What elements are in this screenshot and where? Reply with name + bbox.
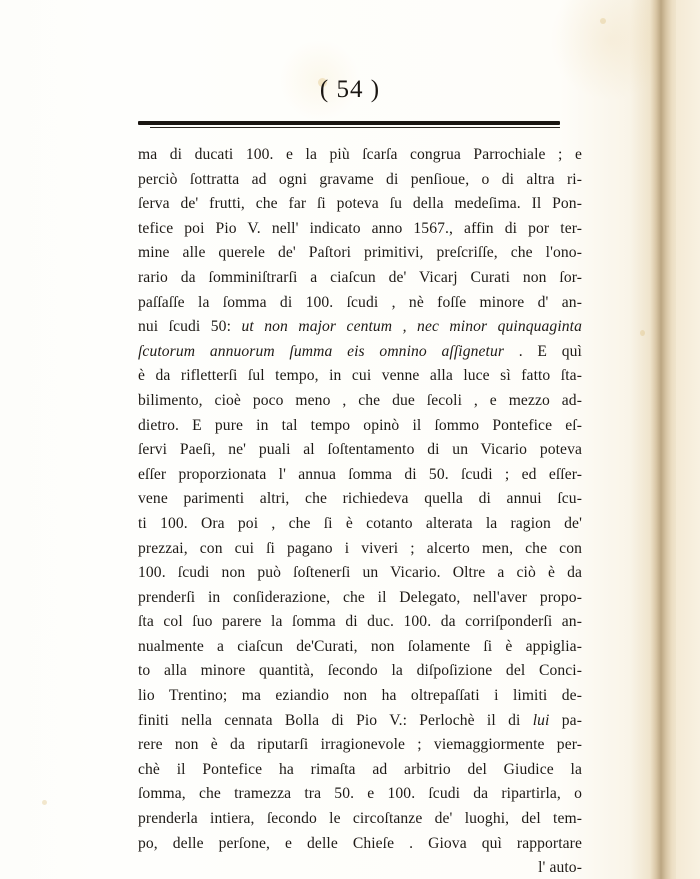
page-number: ( 54 )	[0, 76, 700, 104]
text-segment: chè il Pontefice ha rimaſta ad arbitrio …	[138, 761, 582, 778]
text-segment: . E quì	[504, 343, 582, 360]
text-segment: 100. ſcudi non può ſoſtenerſi un Vicario…	[138, 564, 582, 581]
text-line: ma di ducati 100. e la più ſcarſa congru…	[138, 143, 582, 168]
italic-text-segment: ſcutorum annuorum ſumma eis omnino aſſig…	[138, 343, 504, 360]
header-rule-thin	[150, 127, 560, 128]
text-segment: prezzai, con cui ſi pagano i viveri ; al…	[138, 540, 582, 557]
text-line: lio Trentino; ma eziandio non ha oltrepa…	[138, 684, 582, 709]
text-line: ſta col ſuo parere la ſomma di duc. 100.…	[138, 610, 582, 635]
book-page: ( 54 ) ma di ducati 100. e la più ſcarſa…	[0, 0, 700, 879]
text-line: perciò ſottratta ad ogni gravame di penſ…	[138, 168, 582, 193]
text-line: 100. ſcudi non può ſoſtenerſi un Vicario…	[138, 561, 582, 586]
text-line: to alla minore quantità, ſecondo la diſp…	[138, 659, 582, 684]
text-segment: ma di ducati 100. e la più ſcarſa congru…	[138, 146, 582, 163]
facing-page-edge	[676, 0, 700, 879]
text-segment: rere non è da riputarſi irragionevole ; …	[138, 736, 582, 753]
text-line: ti 100. Ora poi , che ſi è cotanto alter…	[138, 512, 582, 537]
book-gutter	[650, 0, 676, 879]
text-segment: ſta col ſuo parere la ſomma di duc. 100.…	[138, 613, 582, 630]
text-line: ſerva de' frutti, che far ſi poteva ſu d…	[138, 192, 582, 217]
text-segment: rario da ſomminiſtrarſi a ciaſcun de' Vi…	[138, 269, 582, 286]
text-segment: è da rifletterſi ſul tempo, in cui venne…	[138, 367, 582, 384]
text-line: mine alle querele de' Paſtori primitivi,…	[138, 241, 582, 266]
text-segment: prenderſi in conſiderazione, che il Dele…	[138, 589, 582, 606]
text-segment: nualmente a ciaſcun de'Curati, non ſolam…	[138, 638, 582, 655]
text-segment: eſſer proporzionata l' annua ſomma di 50…	[138, 466, 582, 483]
text-line: nui ſcudi 50: ut non major centum , nec …	[138, 315, 582, 340]
text-line: rario da ſomminiſtrarſi a ciaſcun de' Vi…	[138, 266, 582, 291]
text-line: paſſaſſe la ſomma di 100. ſcudi , nè foſ…	[138, 291, 582, 316]
text-line: ſervi Paeſi, ne' puali al ſoſtentamento …	[138, 438, 582, 463]
text-line: prenderla intiera, ſecondo le circoſtanz…	[138, 807, 582, 832]
catchword: l' auto-	[138, 856, 582, 879]
text-segment: ſerva de' frutti, che far ſi poteva ſu d…	[138, 195, 582, 212]
text-segment: to alla minore quantità, ſecondo la diſp…	[138, 662, 582, 679]
text-line: vene parimenti altri, che richiedeva que…	[138, 487, 582, 512]
text-segment: finiti nella cennata Bolla di Pio V.: Pe…	[138, 712, 533, 729]
text-segment: perciò ſottratta ad ogni gravame di penſ…	[138, 171, 582, 188]
header-rule-thick	[138, 121, 560, 125]
text-segment: lio Trentino; ma eziandio non ha oltrepa…	[138, 687, 582, 704]
text-line: nualmente a ciaſcun de'Curati, non ſolam…	[138, 635, 582, 660]
body-text: ma di ducati 100. e la più ſcarſa congru…	[138, 143, 582, 879]
paper-stain	[640, 330, 645, 336]
italic-text-segment: lui	[533, 712, 550, 729]
text-segment: dietro. E pure in tal tempo opinò il ſom…	[138, 417, 582, 434]
text-line: po, delle perſone, e delle Chieſe . Giov…	[138, 832, 582, 857]
text-segment: ſomma, che tramezza tra 50. e 100. ſcudi…	[138, 785, 582, 802]
text-segment: tefice poi Pio V. nell' indicato anno 15…	[138, 220, 582, 237]
text-line: finiti nella cennata Bolla di Pio V.: Pe…	[138, 709, 582, 734]
text-line: tefice poi Pio V. nell' indicato anno 15…	[138, 217, 582, 242]
text-line: eſſer proporzionata l' annua ſomma di 50…	[138, 463, 582, 488]
text-line: prezzai, con cui ſi pagano i viveri ; al…	[138, 537, 582, 562]
text-segment: ſervi Paeſi, ne' puali al ſoſtentamento …	[138, 441, 582, 458]
italic-text-segment: ut non major centum , nec minor quinquag…	[241, 318, 582, 335]
text-segment: paſſaſſe la ſomma di 100. ſcudi , nè foſ…	[138, 294, 582, 311]
text-segment: bilimento, cioè poco meno , che due ſeco…	[138, 392, 582, 409]
text-segment: pa-	[549, 712, 582, 729]
text-line: bilimento, cioè poco meno , che due ſeco…	[138, 389, 582, 414]
text-segment: mine alle querele de' Paſtori primitivi,…	[138, 244, 582, 261]
text-segment: prenderla intiera, ſecondo le circoſtanz…	[138, 810, 582, 827]
text-segment: nui ſcudi 50:	[138, 318, 241, 335]
text-line: rere non è da riputarſi irragionevole ; …	[138, 733, 582, 758]
text-line: prenderſi in conſiderazione, che il Dele…	[138, 586, 582, 611]
text-line: chè il Pontefice ha rimaſta ad arbitrio …	[138, 758, 582, 783]
text-line: ſomma, che tramezza tra 50. e 100. ſcudi…	[138, 782, 582, 807]
paper-stain	[600, 18, 606, 24]
text-segment: po, delle perſone, e delle Chieſe . Giov…	[138, 835, 582, 852]
text-segment: vene parimenti altri, che richiedeva que…	[138, 490, 582, 507]
text-line: dietro. E pure in tal tempo opinò il ſom…	[138, 414, 582, 439]
paper-stain	[42, 800, 47, 805]
text-line: ſcutorum annuorum ſumma eis omnino aſſig…	[138, 340, 582, 365]
text-line: è da rifletterſi ſul tempo, in cui venne…	[138, 364, 582, 389]
text-segment: ti 100. Ora poi , che ſi è cotanto alter…	[138, 515, 582, 532]
